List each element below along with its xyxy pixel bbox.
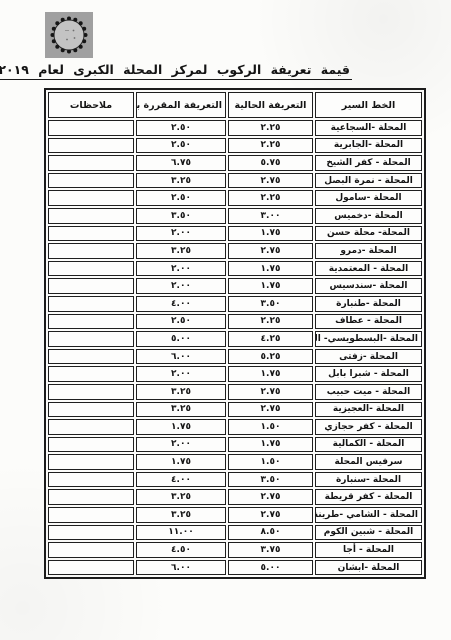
current-tariff-cell: ١.٧٥ [228, 366, 313, 382]
table-row: المحلة -السجاعية ٢.٢٥ ٢.٥٠ [48, 120, 422, 136]
table-row: المحلة -العجيزية ٢.٧٥ ٣.٢٥ [48, 402, 422, 418]
new-tariff-cell: ٢.٥٠ [136, 138, 226, 154]
route-cell: المحلة - الشامي -طرينة [315, 507, 422, 523]
notes-cell [48, 542, 134, 558]
current-tariff-cell: ٤.٢٥ [228, 331, 313, 347]
document-title: قيمة تعريفة الركوب لمركز المحلة الكبرى ل… [0, 62, 352, 80]
new-tariff-cell: ١.٧٥ [136, 454, 226, 470]
table-row: المحلة- محلة حسن ١.٧٥ ٢.٠٠ [48, 226, 422, 242]
table-row: المحلة -دخميس ٣.٠٠ ٣.٥٠ [48, 208, 422, 224]
new-tariff-cell: ٣.٢٥ [136, 507, 226, 523]
current-tariff-cell: ٨.٥٠ [228, 525, 313, 541]
current-tariff-cell: ١.٧٥ [228, 278, 313, 294]
route-cell: المحلة - عطاف [315, 314, 422, 330]
column-header-notes: ملاحظات [48, 92, 134, 118]
route-cell: المحلة - كفر حجازي [315, 419, 422, 435]
notes-cell [48, 525, 134, 541]
column-header-new-tariff: التعريفة المقررة بعد الزيادة [136, 92, 226, 118]
current-tariff-cell: ٥.٠٠ [228, 560, 313, 576]
current-tariff-cell: ٣.٠٠ [228, 208, 313, 224]
gear-stamp-icon [45, 12, 93, 58]
table-row: المحلة -طنبارة ٣.٥٠ ٤.٠٠ [48, 296, 422, 312]
notes-cell [48, 507, 134, 523]
route-cell: المحلة- محلة حسن [315, 226, 422, 242]
current-tariff-cell: ١.٧٥ [228, 261, 313, 277]
new-tariff-cell: ٢.٠٠ [136, 437, 226, 453]
table-row: المحلة - كفر الشيخ ٥.٧٥ ٦.٧٥ [48, 155, 422, 171]
table-row: المحلة - أجا ٣.٧٥ ٤.٥٠ [48, 542, 422, 558]
route-cell: المحلة -سامول [315, 190, 422, 206]
column-header-route: الخط السير [315, 92, 422, 118]
notes-cell [48, 296, 134, 312]
current-tariff-cell: ٢.٧٥ [228, 489, 313, 505]
route-cell: المحلة - نمرة البصل [315, 173, 422, 189]
notes-cell [48, 155, 134, 171]
current-tariff-cell: ٢.٢٥ [228, 138, 313, 154]
table-row: المحلة -دمرو ٢.٧٥ ٣.٢٥ [48, 243, 422, 259]
route-cell: المحلة - شبرا بابل [315, 366, 422, 382]
new-tariff-cell: ٢.٥٠ [136, 190, 226, 206]
current-tariff-cell: ١.٥٠ [228, 454, 313, 470]
notes-cell [48, 472, 134, 488]
current-tariff-cell: ٢.٢٥ [228, 314, 313, 330]
new-tariff-cell: ١١.٠٠ [136, 525, 226, 541]
route-cell: المحلة - الكمالية [315, 437, 422, 453]
tariff-table: الخط السير التعريفة الحالية التعريفة الم… [44, 88, 426, 579]
new-tariff-cell: ٦.٠٠ [136, 349, 226, 365]
new-tariff-cell: ٦.٠٠ [136, 560, 226, 576]
current-tariff-cell: ١.٥٠ [228, 419, 313, 435]
route-cell: المحلة -سنبارة [315, 472, 422, 488]
notes-cell [48, 261, 134, 277]
new-tariff-cell: ٣.٢٥ [136, 489, 226, 505]
current-tariff-cell: ٢.٢٥ [228, 190, 313, 206]
new-tariff-cell: ٦.٧٥ [136, 155, 226, 171]
new-tariff-cell: ٤.٠٠ [136, 296, 226, 312]
new-tariff-cell: ٣.٢٥ [136, 402, 226, 418]
current-tariff-cell: ١.٧٥ [228, 437, 313, 453]
table-row: المحلة -ابشان ٥.٠٠ ٦.٠٠ [48, 560, 422, 576]
new-tariff-cell: ٥.٠٠ [136, 331, 226, 347]
new-tariff-cell: ٢.٠٠ [136, 261, 226, 277]
notes-cell [48, 454, 134, 470]
table-row: المحلة - شبين الكوم ٨.٥٠ ١١.٠٠ [48, 525, 422, 541]
notes-cell [48, 138, 134, 154]
current-tariff-cell: ٢.٧٥ [228, 173, 313, 189]
route-cell: المحلة -دمرو [315, 243, 422, 259]
current-tariff-cell: ٢.٧٥ [228, 507, 313, 523]
route-cell: المحلة - شبين الكوم [315, 525, 422, 541]
route-cell: المحلة -الجابرية [315, 138, 422, 154]
new-tariff-cell: ٢.٠٠ [136, 226, 226, 242]
current-tariff-cell: ٣.٥٠ [228, 472, 313, 488]
notes-cell [48, 208, 134, 224]
new-tariff-cell: ٢.٥٠ [136, 120, 226, 136]
current-tariff-cell: ١.٧٥ [228, 226, 313, 242]
route-cell: المحلة -السجاعية [315, 120, 422, 136]
new-tariff-cell: ٣.٢٥ [136, 384, 226, 400]
table-row: المحلة - كفر قريطة ٢.٧٥ ٣.٢٥ [48, 489, 422, 505]
current-tariff-cell: ٢.٧٥ [228, 243, 313, 259]
new-tariff-cell: ٤.٥٠ [136, 542, 226, 558]
current-tariff-cell: ٣.٥٠ [228, 296, 313, 312]
notes-cell [48, 190, 134, 206]
notes-cell [48, 560, 134, 576]
new-tariff-cell: ١.٧٥ [136, 419, 226, 435]
table-row: المحلة - الكمالية ١.٧٥ ٢.٠٠ [48, 437, 422, 453]
table-row: المحلة -زفتى ٥.٢٥ ٦.٠٠ [48, 349, 422, 365]
current-tariff-cell: ٣.٧٥ [228, 542, 313, 558]
new-tariff-cell: ٢.٠٠ [136, 278, 226, 294]
notes-cell [48, 419, 134, 435]
route-cell: المحلة - أجا [315, 542, 422, 558]
new-tariff-cell: ٤.٠٠ [136, 472, 226, 488]
notes-cell [48, 349, 134, 365]
table-row: المحلة - عطاف ٢.٢٥ ٢.٥٠ [48, 314, 422, 330]
table-row: المحلة - نمرة البصل ٢.٧٥ ٣.٢٥ [48, 173, 422, 189]
notes-cell [48, 384, 134, 400]
notes-cell [48, 226, 134, 242]
route-cell: المحلة -دخميس [315, 208, 422, 224]
current-tariff-cell: ٢.٧٥ [228, 384, 313, 400]
table-row: المحلة - ميت حبيب ٢.٧٥ ٣.٢٥ [48, 384, 422, 400]
document-title-wrap: قيمة تعريفة الركوب لمركز المحلة الكبرى ل… [60, 59, 352, 80]
table-row: سرفيس المحلة ١.٥٠ ١.٧٥ [48, 454, 422, 470]
table-row: المحلة -سندسيس ١.٧٥ ٢.٠٠ [48, 278, 422, 294]
route-cell: المحلة - ميت حبيب [315, 384, 422, 400]
route-cell: المحلة -سندسيس [315, 278, 422, 294]
route-cell: المحلة -زفتى [315, 349, 422, 365]
notes-cell [48, 243, 134, 259]
table-header-row: الخط السير التعريفة الحالية التعريفة الم… [48, 92, 422, 118]
route-cell: المحلة - كفر الشيخ [315, 155, 422, 171]
new-tariff-cell: ٣.٢٥ [136, 173, 226, 189]
table-row: المحلة - كفر حجازي ١.٥٠ ١.٧٥ [48, 419, 422, 435]
route-cell: المحلة -ابشان [315, 560, 422, 576]
notes-cell [48, 314, 134, 330]
notes-cell [48, 402, 134, 418]
notes-cell [48, 331, 134, 347]
current-tariff-cell: ٢.٢٥ [228, 120, 313, 136]
route-cell: المحلة -العجيزية [315, 402, 422, 418]
table-row: المحلة - الشامي -طرينة ٢.٧٥ ٣.٢٥ [48, 507, 422, 523]
current-tariff-cell: ٥.٧٥ [228, 155, 313, 171]
table-row: المحلة - المعتمدية ١.٧٥ ٢.٠٠ [48, 261, 422, 277]
notes-cell [48, 366, 134, 382]
table-row: المحلة -سامول ٢.٢٥ ٢.٥٠ [48, 190, 422, 206]
notes-cell [48, 120, 134, 136]
current-tariff-cell: ٥.٢٥ [228, 349, 313, 365]
scanned-page: قيمة تعريفة الركوب لمركز المحلة الكبرى ل… [0, 0, 451, 640]
route-cell: المحلة -طنبارة [315, 296, 422, 312]
route-cell: المحلة - المعتمدية [315, 261, 422, 277]
table-row: المحلة - شبرا بابل ١.٧٥ ٢.٠٠ [48, 366, 422, 382]
table-row: المحلة -البسطويسي- الشهيدي ٤.٢٥ ٥.٠٠ [48, 331, 422, 347]
current-tariff-cell: ٢.٧٥ [228, 402, 313, 418]
route-cell: سرفيس المحلة [315, 454, 422, 470]
new-tariff-cell: ٣.٢٥ [136, 243, 226, 259]
notes-cell [48, 173, 134, 189]
notes-cell [48, 437, 134, 453]
notes-cell [48, 278, 134, 294]
table-row: المحلة -الجابرية ٢.٢٥ ٢.٥٠ [48, 138, 422, 154]
route-cell: المحلة -البسطويسي- الشهيدي [315, 331, 422, 347]
new-tariff-cell: ٢.٠٠ [136, 366, 226, 382]
new-tariff-cell: ٣.٥٠ [136, 208, 226, 224]
notes-cell [48, 489, 134, 505]
column-header-current-tariff: التعريفة الحالية [228, 92, 313, 118]
route-cell: المحلة - كفر قريطة [315, 489, 422, 505]
new-tariff-cell: ٢.٥٠ [136, 314, 226, 330]
table-row: المحلة -سنبارة ٣.٥٠ ٤.٠٠ [48, 472, 422, 488]
